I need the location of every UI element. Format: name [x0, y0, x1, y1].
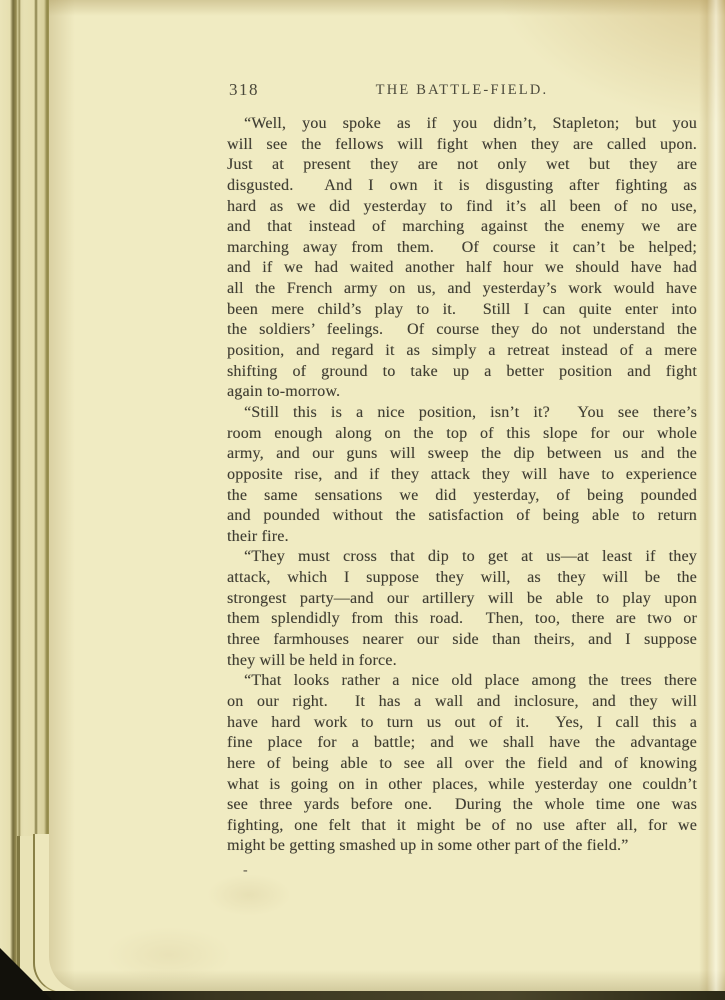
text-line: they will be held in force. [227, 651, 697, 672]
text-line: here of being able to see all over the f… [227, 754, 697, 775]
text-line: and that instead of marching against the… [227, 217, 697, 238]
text-line: have hard work to turn us out of it. Yes… [227, 713, 697, 734]
text-line: room enough along on the top of this slo… [227, 424, 697, 445]
text-line: position, and regard it as simply a retr… [227, 341, 697, 362]
text-line: on our right. It has a wall and inclosur… [227, 692, 697, 713]
running-title: THE BATTLE-FIELD. [227, 80, 697, 99]
text-line: the same sensations we did yesterday, of… [227, 486, 697, 507]
text-line: “That looks rather a nice old place amon… [227, 671, 697, 692]
text-line: their fire. [227, 527, 697, 548]
book-scan: 318 THE BATTLE-FIELD. “Well, you spoke a… [0, 0, 725, 1000]
text-line: “Well, you spoke as if you didn’t, Stapl… [227, 114, 697, 135]
text-line: all the French army on us, and yesterday… [227, 279, 697, 300]
paragraph: “That looks rather a nice old place amon… [227, 671, 697, 857]
page-surface: 318 THE BATTLE-FIELD. “Well, you spoke a… [49, 0, 725, 992]
text-line: hard as we did yesterday to find it’s al… [227, 197, 697, 218]
text-line: will see the fellows will fight when the… [227, 135, 697, 156]
text-line: again to-morrow. [227, 382, 697, 403]
text-line: “They must cross that dip to get at us—a… [227, 547, 697, 568]
text-line: fighting, one felt that it might be of n… [227, 816, 697, 837]
text-line: “Still this is a nice position, isn’t it… [227, 403, 697, 424]
text-line: strongest party—and our artillery will b… [227, 589, 697, 610]
text-line: attack, which I suppose they will, as th… [227, 568, 697, 589]
text-line: shifting of ground to take up a better p… [227, 362, 697, 383]
text-line: see three yards before one. During the w… [227, 795, 697, 816]
text-line: army, and our guns will sweep the dip be… [227, 444, 697, 465]
body-text: “Well, you spoke as if you didn’t, Stapl… [227, 114, 697, 857]
page-number: 318 [229, 80, 259, 100]
paragraph: “Well, you spoke as if you didn’t, Stapl… [227, 114, 697, 403]
paragraph: “They must cross that dip to get at us—a… [227, 547, 697, 671]
text-line: opposite rise, and if they attack they w… [227, 465, 697, 486]
page-header: 318 THE BATTLE-FIELD. [227, 80, 697, 102]
text-line: fine place for a battle; and we shall ha… [227, 733, 697, 754]
text-line: and pounded without the satisfaction of … [227, 506, 697, 527]
text-line: what is going on in other places, while … [227, 775, 697, 796]
text-line: three farmhouses nearer our side than th… [227, 630, 697, 651]
text-line: marching away from them. Of course it ca… [227, 238, 697, 259]
text-line: been mere child’s play to it. Still I ca… [227, 300, 697, 321]
text-line: the soldiers’ feelings. Of course they d… [227, 320, 697, 341]
stray-dash-mark: - [243, 863, 248, 879]
paragraph: “Still this is a nice position, isn’t it… [227, 403, 697, 547]
text-line: disgusted. And I own it is disgusting af… [227, 176, 697, 197]
page-bottom-edge [0, 991, 725, 1000]
text-line: and if we had waited another half hour w… [227, 258, 697, 279]
text-line: might be getting smashed up in some othe… [227, 836, 697, 857]
text-line: them splendidly from this road. Then, to… [227, 609, 697, 630]
text-line: Just at present they are not only wet bu… [227, 155, 697, 176]
